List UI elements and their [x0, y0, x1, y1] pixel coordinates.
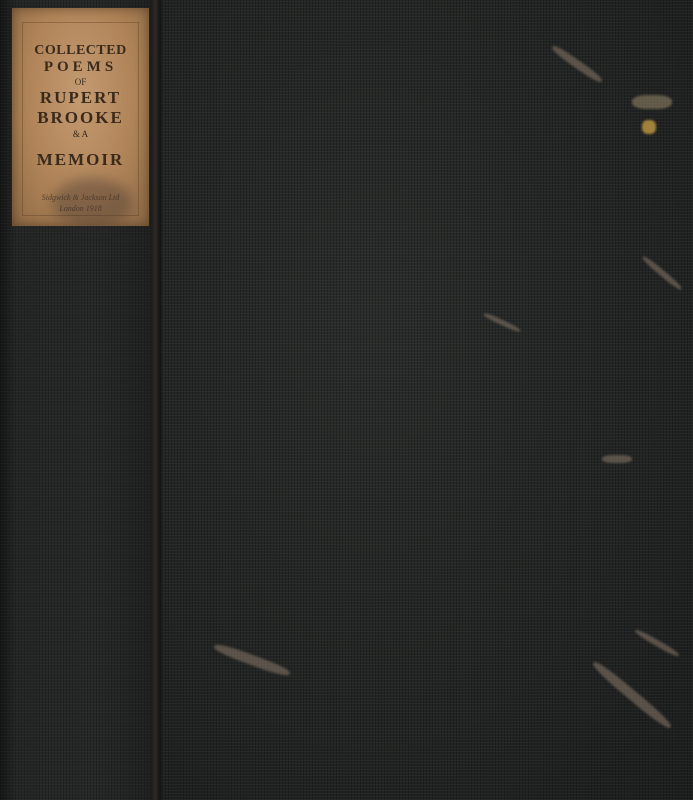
label-line: & A	[73, 129, 88, 139]
label-line: MEMOIR	[37, 150, 125, 170]
wear-mark	[550, 44, 604, 85]
wear-mark	[634, 628, 680, 658]
wear-mark	[602, 455, 632, 463]
label-line: RUPERT	[40, 88, 121, 108]
wear-mark	[641, 255, 683, 292]
book-photo: COLLECTED POEMS OF RUPERT BROOKE & A MEM…	[0, 0, 693, 800]
wear-mark	[213, 642, 292, 679]
wear-mark	[632, 95, 672, 109]
label-line: POEMS	[44, 59, 117, 76]
spine-label: COLLECTED POEMS OF RUPERT BROOKE & A MEM…	[12, 8, 149, 226]
label-line: COLLECTED	[34, 43, 126, 59]
label-line: OF	[75, 77, 87, 87]
wear-mark	[642, 120, 656, 134]
label-line: BROOKE	[37, 108, 124, 128]
wear-mark	[590, 659, 673, 731]
wear-mark	[483, 312, 521, 333]
label-stain	[52, 178, 132, 228]
front-cover	[162, 0, 693, 800]
